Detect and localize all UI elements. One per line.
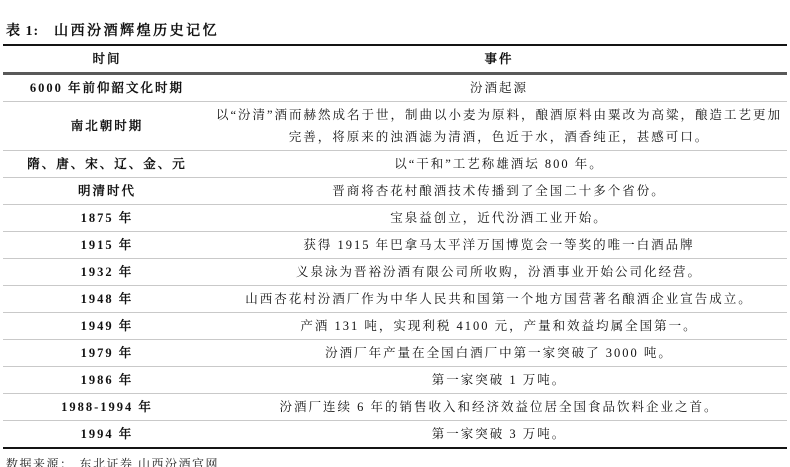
column-header-event: 事件	[211, 46, 787, 72]
bottom-rule	[3, 447, 787, 449]
table-row: 1915 年获得 1915 年巴拿马太平洋万国博览会一等奖的唯一白酒品牌	[3, 232, 787, 259]
event-cell: 宝泉益创立，近代汾酒工业开始。	[211, 205, 787, 231]
table-row: 1988-1994 年汾酒厂连续 6 年的销售收入和经济效益位居全国食品饮料企业…	[3, 394, 787, 421]
time-cell: 南北朝时期	[3, 113, 211, 139]
time-cell: 1979 年	[3, 340, 211, 366]
table-row: 隋、唐、宋、辽、金、元以“干和”工艺称雄酒坛 800 年。	[3, 151, 787, 178]
table-number-label: 表 1:	[6, 20, 39, 40]
data-source-label: 数据来源：	[6, 455, 74, 467]
time-cell: 6000 年前仰韶文化时期	[3, 75, 211, 101]
time-cell: 1988-1994 年	[3, 394, 211, 420]
event-cell: 获得 1915 年巴拿马太平洋万国博览会一等奖的唯一白酒品牌	[211, 232, 787, 258]
table-row: 1994 年第一家突破 3 万吨。	[3, 421, 787, 447]
event-cell: 以“汾清”酒而赫然成名于世，制曲以小麦为原料，酿酒原料由粟改为高粱，酿造工艺更加…	[211, 102, 787, 150]
table-row: 6000 年前仰韶文化时期汾酒起源	[3, 75, 787, 102]
event-cell: 汾酒厂年产量在全国白酒厂中第一家突破了 3000 吨。	[211, 340, 787, 366]
time-cell: 1875 年	[3, 205, 211, 231]
time-cell: 1915 年	[3, 232, 211, 258]
table-header-row: 时间 事件	[3, 46, 787, 72]
table-row: 南北朝时期以“汾清”酒而赫然成名于世，制曲以小麦为原料，酿酒原料由粟改为高粱，酿…	[3, 102, 787, 151]
event-cell: 义泉泳为晋裕汾酒有限公司所收购，汾酒事业开始公司化经营。	[211, 259, 787, 285]
event-cell: 汾酒厂连续 6 年的销售收入和经济效益位居全国食品饮料企业之首。	[211, 394, 787, 420]
time-cell: 明清时代	[3, 178, 211, 204]
table-row: 1948 年山西杏花村汾酒厂作为中华人民共和国第一个地方国营著名酿酒企业宣告成立…	[3, 286, 787, 313]
event-cell: 山西杏花村汾酒厂作为中华人民共和国第一个地方国营著名酿酒企业宣告成立。	[211, 286, 787, 312]
time-cell: 1948 年	[3, 286, 211, 312]
time-cell: 1949 年	[3, 313, 211, 339]
time-cell: 1994 年	[3, 421, 211, 447]
column-header-time: 时间	[3, 46, 211, 72]
table-row: 1875 年宝泉益创立，近代汾酒工业开始。	[3, 205, 787, 232]
data-source-value: 东北证券 山西汾酒官网	[80, 455, 220, 467]
table-row: 1979 年汾酒厂年产量在全国白酒厂中第一家突破了 3000 吨。	[3, 340, 787, 367]
time-cell: 1932 年	[3, 259, 211, 285]
event-cell: 第一家突破 1 万吨。	[211, 367, 787, 393]
table-row: 明清时代晋商将杏花村酿酒技术传播到了全国二十多个省份。	[3, 178, 787, 205]
report-table-figure: 表 1: 山西汾酒辉煌历史记忆 时间 事件 6000 年前仰韶文化时期汾酒起源南…	[0, 0, 790, 467]
event-cell: 第一家突破 3 万吨。	[211, 421, 787, 447]
table-row: 1986 年第一家突破 1 万吨。	[3, 367, 787, 394]
table-row: 1932 年义泉泳为晋裕汾酒有限公司所收购，汾酒事业开始公司化经营。	[3, 259, 787, 286]
table-title: 山西汾酒辉煌历史记忆	[54, 20, 219, 40]
table-caption: 表 1: 山西汾酒辉煌历史记忆	[3, 20, 787, 40]
event-cell: 晋商将杏花村酿酒技术传播到了全国二十多个省份。	[211, 178, 787, 204]
data-source: 数据来源： 东北证券 山西汾酒官网	[3, 455, 787, 467]
event-cell: 汾酒起源	[211, 75, 787, 101]
event-cell: 产酒 131 吨，实现利税 4100 元，产量和效益均属全国第一。	[211, 313, 787, 339]
table-body: 6000 年前仰韶文化时期汾酒起源南北朝时期以“汾清”酒而赫然成名于世，制曲以小…	[3, 75, 787, 447]
event-cell: 以“干和”工艺称雄酒坛 800 年。	[211, 151, 787, 177]
time-cell: 隋、唐、宋、辽、金、元	[3, 151, 211, 177]
table-row: 1949 年产酒 131 吨，实现利税 4100 元，产量和效益均属全国第一。	[3, 313, 787, 340]
time-cell: 1986 年	[3, 367, 211, 393]
